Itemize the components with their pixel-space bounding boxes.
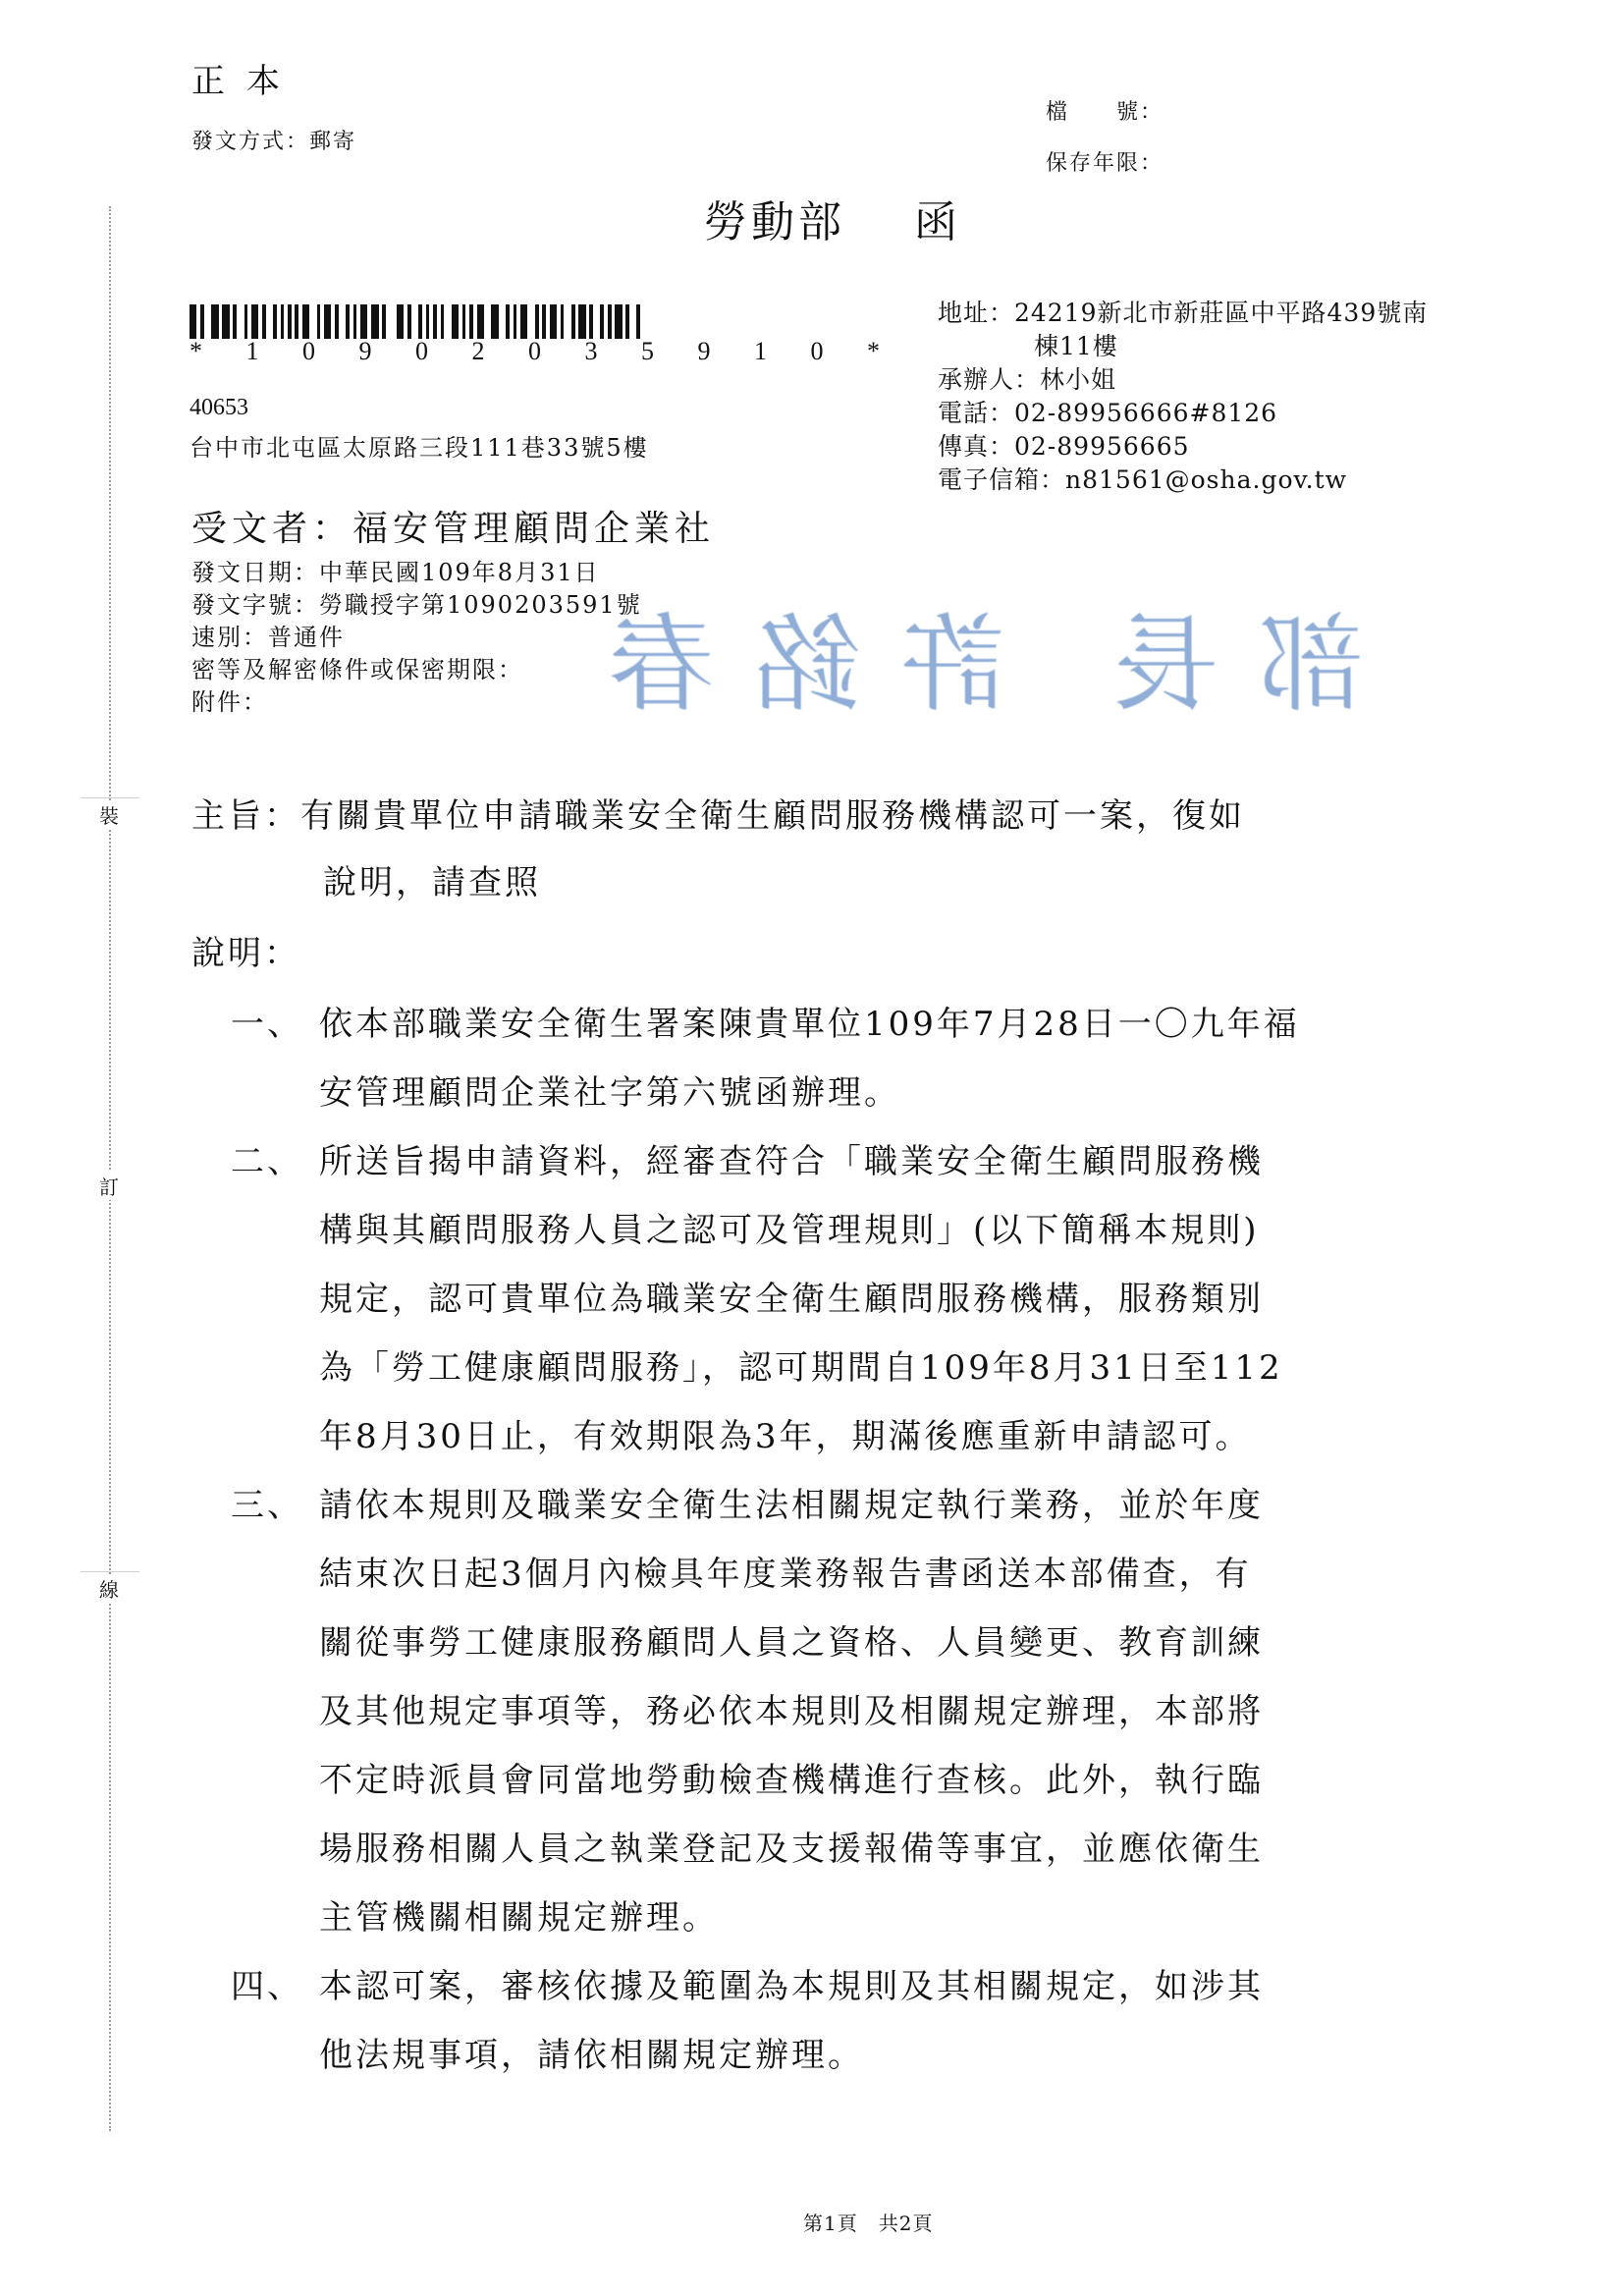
- minister-signature-stamp: 部長許銘春: [569, 579, 1365, 732]
- item-line: 不定時派員會同當地勞動檢查機構進行查核。此外，執行臨: [319, 1746, 1300, 1815]
- item-line: 場服務相關人員之執業登記及支援報備等事宜，並應依衛生: [319, 1815, 1300, 1884]
- file-number-label: 檔 號：: [1046, 95, 1164, 126]
- binding-mark-xian: 線: [99, 1574, 119, 1603]
- stamp-title: 部長: [1074, 604, 1365, 727]
- recipient-postal-code: 40653: [189, 395, 248, 421]
- item-line: 主管機關相關規定辦理。: [319, 1884, 1300, 1952]
- fold-mark: [81, 797, 139, 798]
- item-line: 為「勞工健康顧問服務」，認可期間自109年8月31日至112: [319, 1334, 1300, 1402]
- barcode-number: * 1 0 9 0 2 0 3 5 9 1 0 *: [189, 337, 898, 366]
- sender-address-line1: 地址：24219新北市新莊區中平路439號南: [938, 297, 1428, 330]
- item-line: 結束次日起3個月內檢具年度業務報告書函送本部備查，有: [319, 1540, 1300, 1609]
- stamp-name: 許銘春: [569, 604, 1005, 727]
- copy-type-label: 正本: [191, 54, 301, 102]
- explanation-item: 二、 所送旨揭申請資料，經審查符合「職業安全衛生顧問服務機 構與其顧問服務人員之…: [231, 1127, 1300, 1471]
- document-title: 勞動部函: [704, 187, 961, 249]
- sender-email[interactable]: 電子信箱：n81561@osha.gov.tw: [938, 464, 1428, 497]
- explanation-item: 一、 依本部職業安全衛生署案陳貴單位109年7月28日一〇九年福 安管理顧問企業…: [231, 990, 1300, 1127]
- item-line: 他法規事項，請依相關規定辦理。: [319, 2021, 1300, 2090]
- sender-phone: 電話：02-89956666#8126: [938, 397, 1428, 430]
- item-line: 規定，認可貴單位為職業安全衛生顧問服務機構，服務類別: [319, 1265, 1300, 1334]
- subject-section: 主旨：有關貴單位申請職業安全衛生顧問服務機構認可一案，復如 說明，請查照: [191, 783, 1245, 916]
- explanation-item: 三、 請依本規則及職業安全衛生法相關規定執行業務，並於年度 結束次日起3個月內檢…: [231, 1471, 1300, 1952]
- item-line: 安管理顧問企業社字第六號函辦理。: [319, 1059, 1300, 1127]
- send-method: 發文方式：郵寄: [191, 125, 356, 155]
- item-number: 四、: [231, 1952, 303, 2021]
- subject-line1: 有關貴單位申請職業安全衛生顧問服務機構認可一案，復如: [300, 796, 1245, 836]
- item-line: 及其他規定事項等，務必依本規則及相關規定辦理，本部將: [319, 1677, 1300, 1746]
- sender-contact-block: 地址：24219新北市新莊區中平路439號南 棟11樓 承辦人：林小姐 電話：0…: [938, 297, 1428, 497]
- page-number: 第1頁 共2頁: [803, 2208, 933, 2236]
- explanation-label: 說明：: [191, 920, 300, 987]
- binding-mark-zhuang: 裝: [99, 800, 119, 829]
- sender-address-line2: 棟11樓: [938, 330, 1428, 363]
- sender-handler: 承辦人：林小姐: [938, 363, 1428, 397]
- item-number: 二、: [231, 1127, 303, 1196]
- document-type: 函: [914, 197, 961, 247]
- barcode: [189, 304, 641, 339]
- item-line: 所送旨揭申請資料，經審查符合「職業安全衛生顧問服務機: [319, 1127, 1300, 1196]
- item-number: 一、: [231, 990, 303, 1059]
- explanation-items: 一、 依本部職業安全衛生署案陳貴單位109年7月28日一〇九年福 安管理顧問企業…: [231, 990, 1300, 2090]
- subject-line2: 說明，請查照: [191, 849, 1245, 916]
- item-line: 構與其顧問服務人員之認可及管理規則」(以下簡稱本規則): [319, 1196, 1300, 1265]
- explanation-item: 四、 本認可案，審核依據及範圍為本規則及其相關規定，如涉其 他法規事項，請依相關…: [231, 1952, 1300, 2090]
- recipient: 受文者：福安管理顧問企業社: [191, 501, 715, 551]
- agency-name: 勞動部: [704, 197, 845, 247]
- item-line: 請依本規則及職業安全衛生法相關規定執行業務，並於年度: [319, 1471, 1300, 1540]
- binding-dotted-line: [109, 206, 111, 2131]
- fold-mark: [81, 1571, 139, 1572]
- item-line: 依本部職業安全衛生署案陳貴單位109年7月28日一〇九年福: [319, 990, 1300, 1059]
- binding-mark-ding: 訂: [99, 1172, 119, 1200]
- item-line: 年8月30日止，有效期限為3年，期滿後應重新申請認可。: [319, 1402, 1300, 1471]
- item-number: 三、: [231, 1471, 303, 1540]
- item-line: 關從事勞工健康服務顧問人員之資格、人員變更、教育訓練: [319, 1609, 1300, 1677]
- retention-period-label: 保存年限：: [1046, 146, 1164, 177]
- sender-fax: 傳真：02-89956665: [938, 430, 1428, 464]
- recipient-address: 台中市北屯區太原路三段111巷33號5樓: [189, 428, 649, 463]
- item-line: 本認可案，審核依據及範圍為本規則及其相關規定，如涉其: [319, 1952, 1300, 2021]
- subject-label: 主旨：: [191, 796, 300, 836]
